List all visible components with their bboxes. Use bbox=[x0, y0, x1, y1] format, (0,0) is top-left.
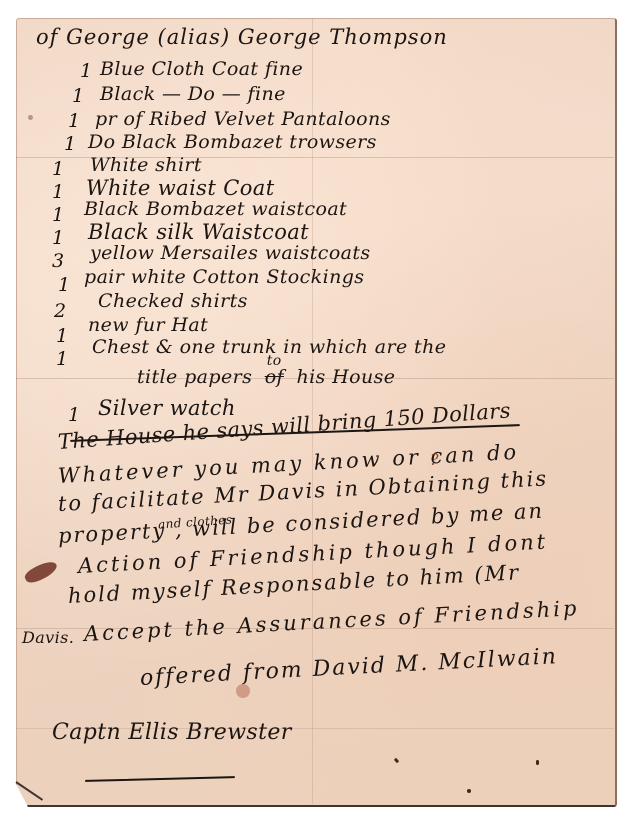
item-qty: 3 bbox=[52, 252, 64, 271]
heading: of George (alias) George Thompson bbox=[36, 27, 448, 48]
ink-spot bbox=[536, 760, 539, 765]
item-qty: 2 bbox=[54, 302, 66, 321]
item-text: Black — Do — fine bbox=[100, 85, 286, 104]
item-qty: 1 bbox=[64, 135, 76, 154]
item-continuation: title papers to of his House bbox=[137, 368, 395, 387]
item-text: Blue Cloth Coat fine bbox=[100, 60, 303, 79]
paper-stain bbox=[236, 684, 250, 698]
item-qty: 1 bbox=[58, 276, 70, 295]
item-qty: 1 bbox=[68, 406, 80, 425]
paper-stain bbox=[28, 115, 33, 120]
item-qty: 1 bbox=[56, 350, 68, 369]
item-text: Checked shirts bbox=[98, 292, 248, 311]
ink-spot bbox=[467, 789, 471, 793]
item-text: White shirt bbox=[90, 156, 202, 175]
struck-word: of bbox=[265, 366, 284, 388]
item-text: Black silk Waistcoat bbox=[88, 222, 309, 243]
item-qty: 1 bbox=[56, 327, 68, 346]
item-qty: 1 bbox=[52, 206, 64, 225]
item-text: Black Bombazet waistcoat bbox=[84, 200, 347, 219]
red-pencil-mark: ? bbox=[430, 450, 439, 469]
item-qty: 1 bbox=[80, 62, 92, 81]
inserted-word: to bbox=[267, 354, 282, 368]
continuation-before: title papers bbox=[137, 366, 252, 388]
addressee: Captn Ellis Brewster bbox=[52, 722, 292, 744]
item-text: pair white Cotton Stockings bbox=[84, 268, 364, 287]
item-text: Silver watch bbox=[98, 398, 236, 419]
item-qty: 1 bbox=[68, 112, 80, 131]
margin-note: Davis. bbox=[22, 630, 74, 646]
item-text: yellow Mersailes waistcoats bbox=[90, 244, 371, 263]
item-qty: 1 bbox=[72, 87, 84, 106]
item-qty: 1 bbox=[52, 160, 64, 179]
item-text: Do Black Bombazet trowsers bbox=[88, 133, 377, 152]
item-text: pr of Ribed Velvet Pantaloons bbox=[95, 110, 391, 129]
item-text: White waist Coat bbox=[86, 178, 275, 199]
item-text: new fur Hat bbox=[88, 316, 208, 335]
item-qty: 1 bbox=[52, 183, 64, 202]
continuation-after: his House bbox=[296, 366, 395, 388]
item-qty: 1 bbox=[52, 229, 64, 248]
